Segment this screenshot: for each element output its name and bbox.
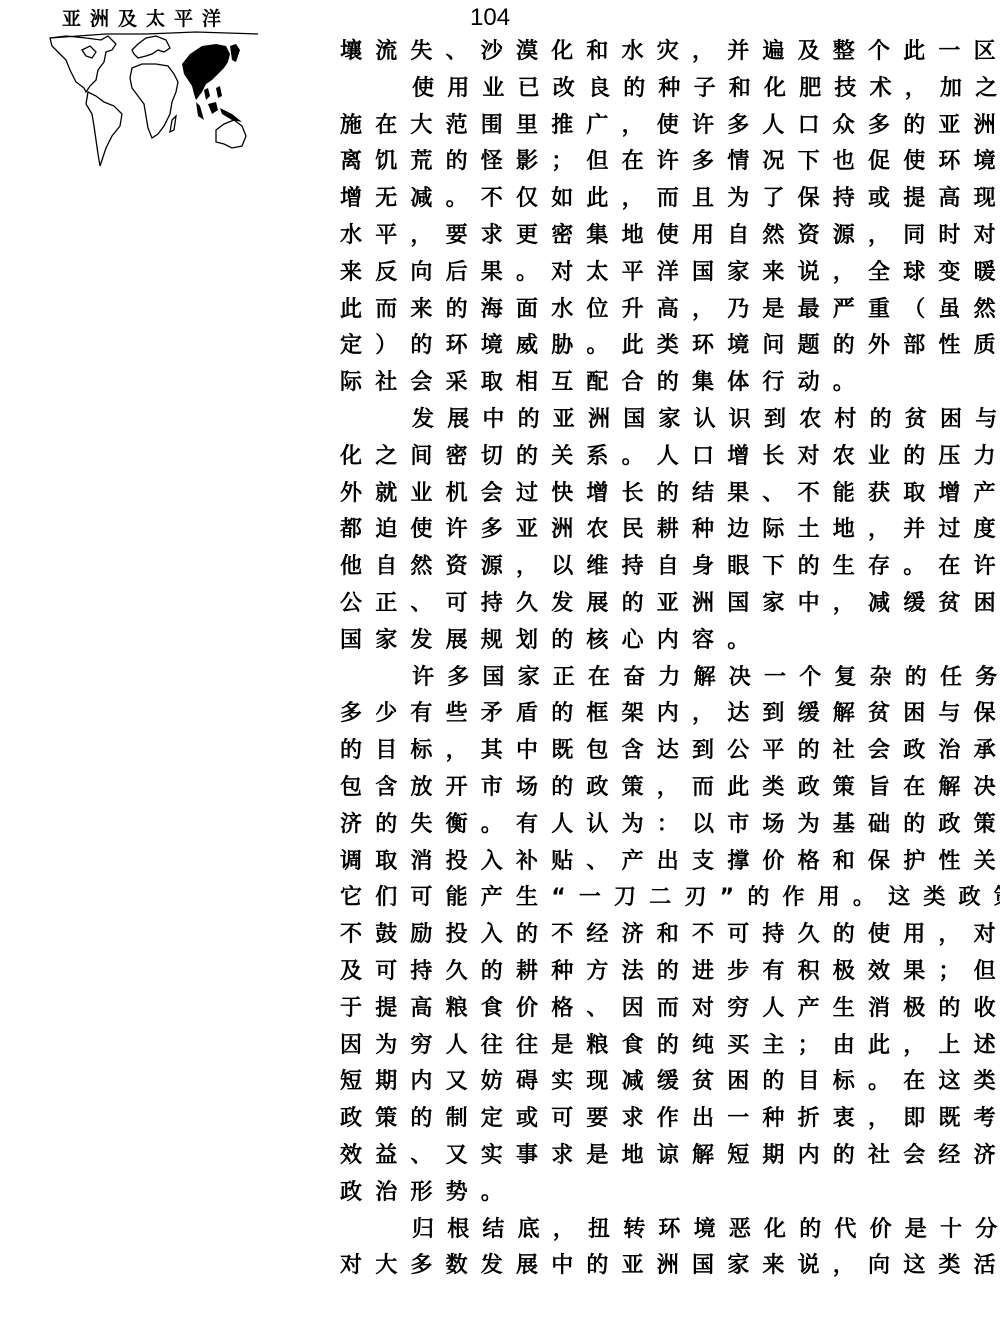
text-line: 施在大范围里推广，使许多人口众多的亚洲国家远 [340, 108, 940, 145]
text-line: 政策的制定或可要求作出一种折衷，即既考虑经济 [340, 1101, 940, 1138]
text-line: 使用业已改良的种子和化肥技术，加之灌溉设 [340, 71, 940, 108]
text-line: 它们可能产生“一刀二刃”的作用。这类政策旨在 [340, 880, 940, 917]
text-line: 公正、可持久发展的亚洲国家中，减缓贫困已成为 [340, 586, 940, 623]
text-line: 调取消投入补贴、产出支撑价格和保护性关税，但 [340, 844, 940, 881]
text-line: 短期内又妨碍实现减缓贫困的目标。在这类情况下， [340, 1064, 940, 1101]
page-number: 104 [470, 4, 510, 32]
text-line: 际社会采取相互配合的集体行动。 [340, 365, 940, 402]
text-line: 因为穷人往往是粮食的纯买主；由此，上述政策在 [340, 1028, 940, 1065]
text-line: 离饥荒的怪影；但在许多情况下也促使环境退化有 [340, 144, 940, 181]
text-line: 及可持久的耕种方法的进步有积极效果；但又趋向 [340, 954, 940, 991]
text-line: 国家发展规划的核心内容。 [340, 623, 940, 660]
text-line: 化之间密切的关系。人口增长对农业的压力、农场 [340, 439, 940, 476]
text-line: 来反向后果。对太平洋国家来说，全球变暖以及由 [340, 255, 940, 292]
text-line: 于提高粮食价格、因而对穷人产生消极的收入影响， [340, 991, 940, 1028]
text-line: 不鼓励投入的不经济和不可持久的使用，对环境以 [340, 917, 940, 954]
text-line: 外就业机会过快增长的结果、不能获取增产技术， [340, 476, 940, 513]
text-line: 政治形势。 [340, 1175, 940, 1212]
text-line: 水平，要求更密集地使用自然资源，同时对环境带 [340, 218, 940, 255]
text-line: 此而来的海面水位升高，乃是最严重（虽然是不确 [340, 292, 940, 329]
text-line: 的目标，其中既包含达到公平的社会政治承诺、又 [340, 733, 940, 770]
text-line: 归根结底，扭转环境恶化的代价是十分高昂的。 [340, 1212, 940, 1249]
body-text: 壤流失、沙漠化和水灾，并遍及整个此一区域。 使用业已改良的种子和化肥技术，加之灌… [340, 34, 940, 1285]
text-line: 增无减。不仅如此，而且为了保持或提高现有产量 [340, 181, 940, 218]
text-line: 济的失衡。有人认为：以市场为基础的政策手段强 [340, 807, 940, 844]
text-line: 发展中的亚洲国家认识到农村的贫困与环境退 [340, 402, 940, 439]
text-line: 许多国家正在奋力解决一个复杂的任务，即在 [340, 660, 940, 697]
text-line: 对大多数发展中的亚洲国家来说，向这类活动投资 [340, 1248, 940, 1285]
text-line: 壤流失、沙漠化和水灾，并遍及整个此一区域。 [340, 34, 940, 71]
section-label: 亚洲及太平洋 [62, 4, 230, 31]
text-line: 都迫使许多亚洲农民耕种边际土地，并过度使用其 [340, 512, 940, 549]
world-map-icon [46, 30, 262, 170]
text-line: 定）的环境威胁。此类环境问题的外部性质要求国 [340, 328, 940, 365]
text-line: 他自然资源，以维持自身眼下的生存。在许多争取 [340, 549, 940, 586]
text-line: 多少有些矛盾的框架内，达到缓解贫困与保护环境 [340, 696, 940, 733]
text-line: 包含放开市场的政策，而此类政策旨在解决宏观经 [340, 770, 940, 807]
text-line: 效益、又实事求是地谅解短期内的社会经济方面的 [340, 1138, 940, 1175]
